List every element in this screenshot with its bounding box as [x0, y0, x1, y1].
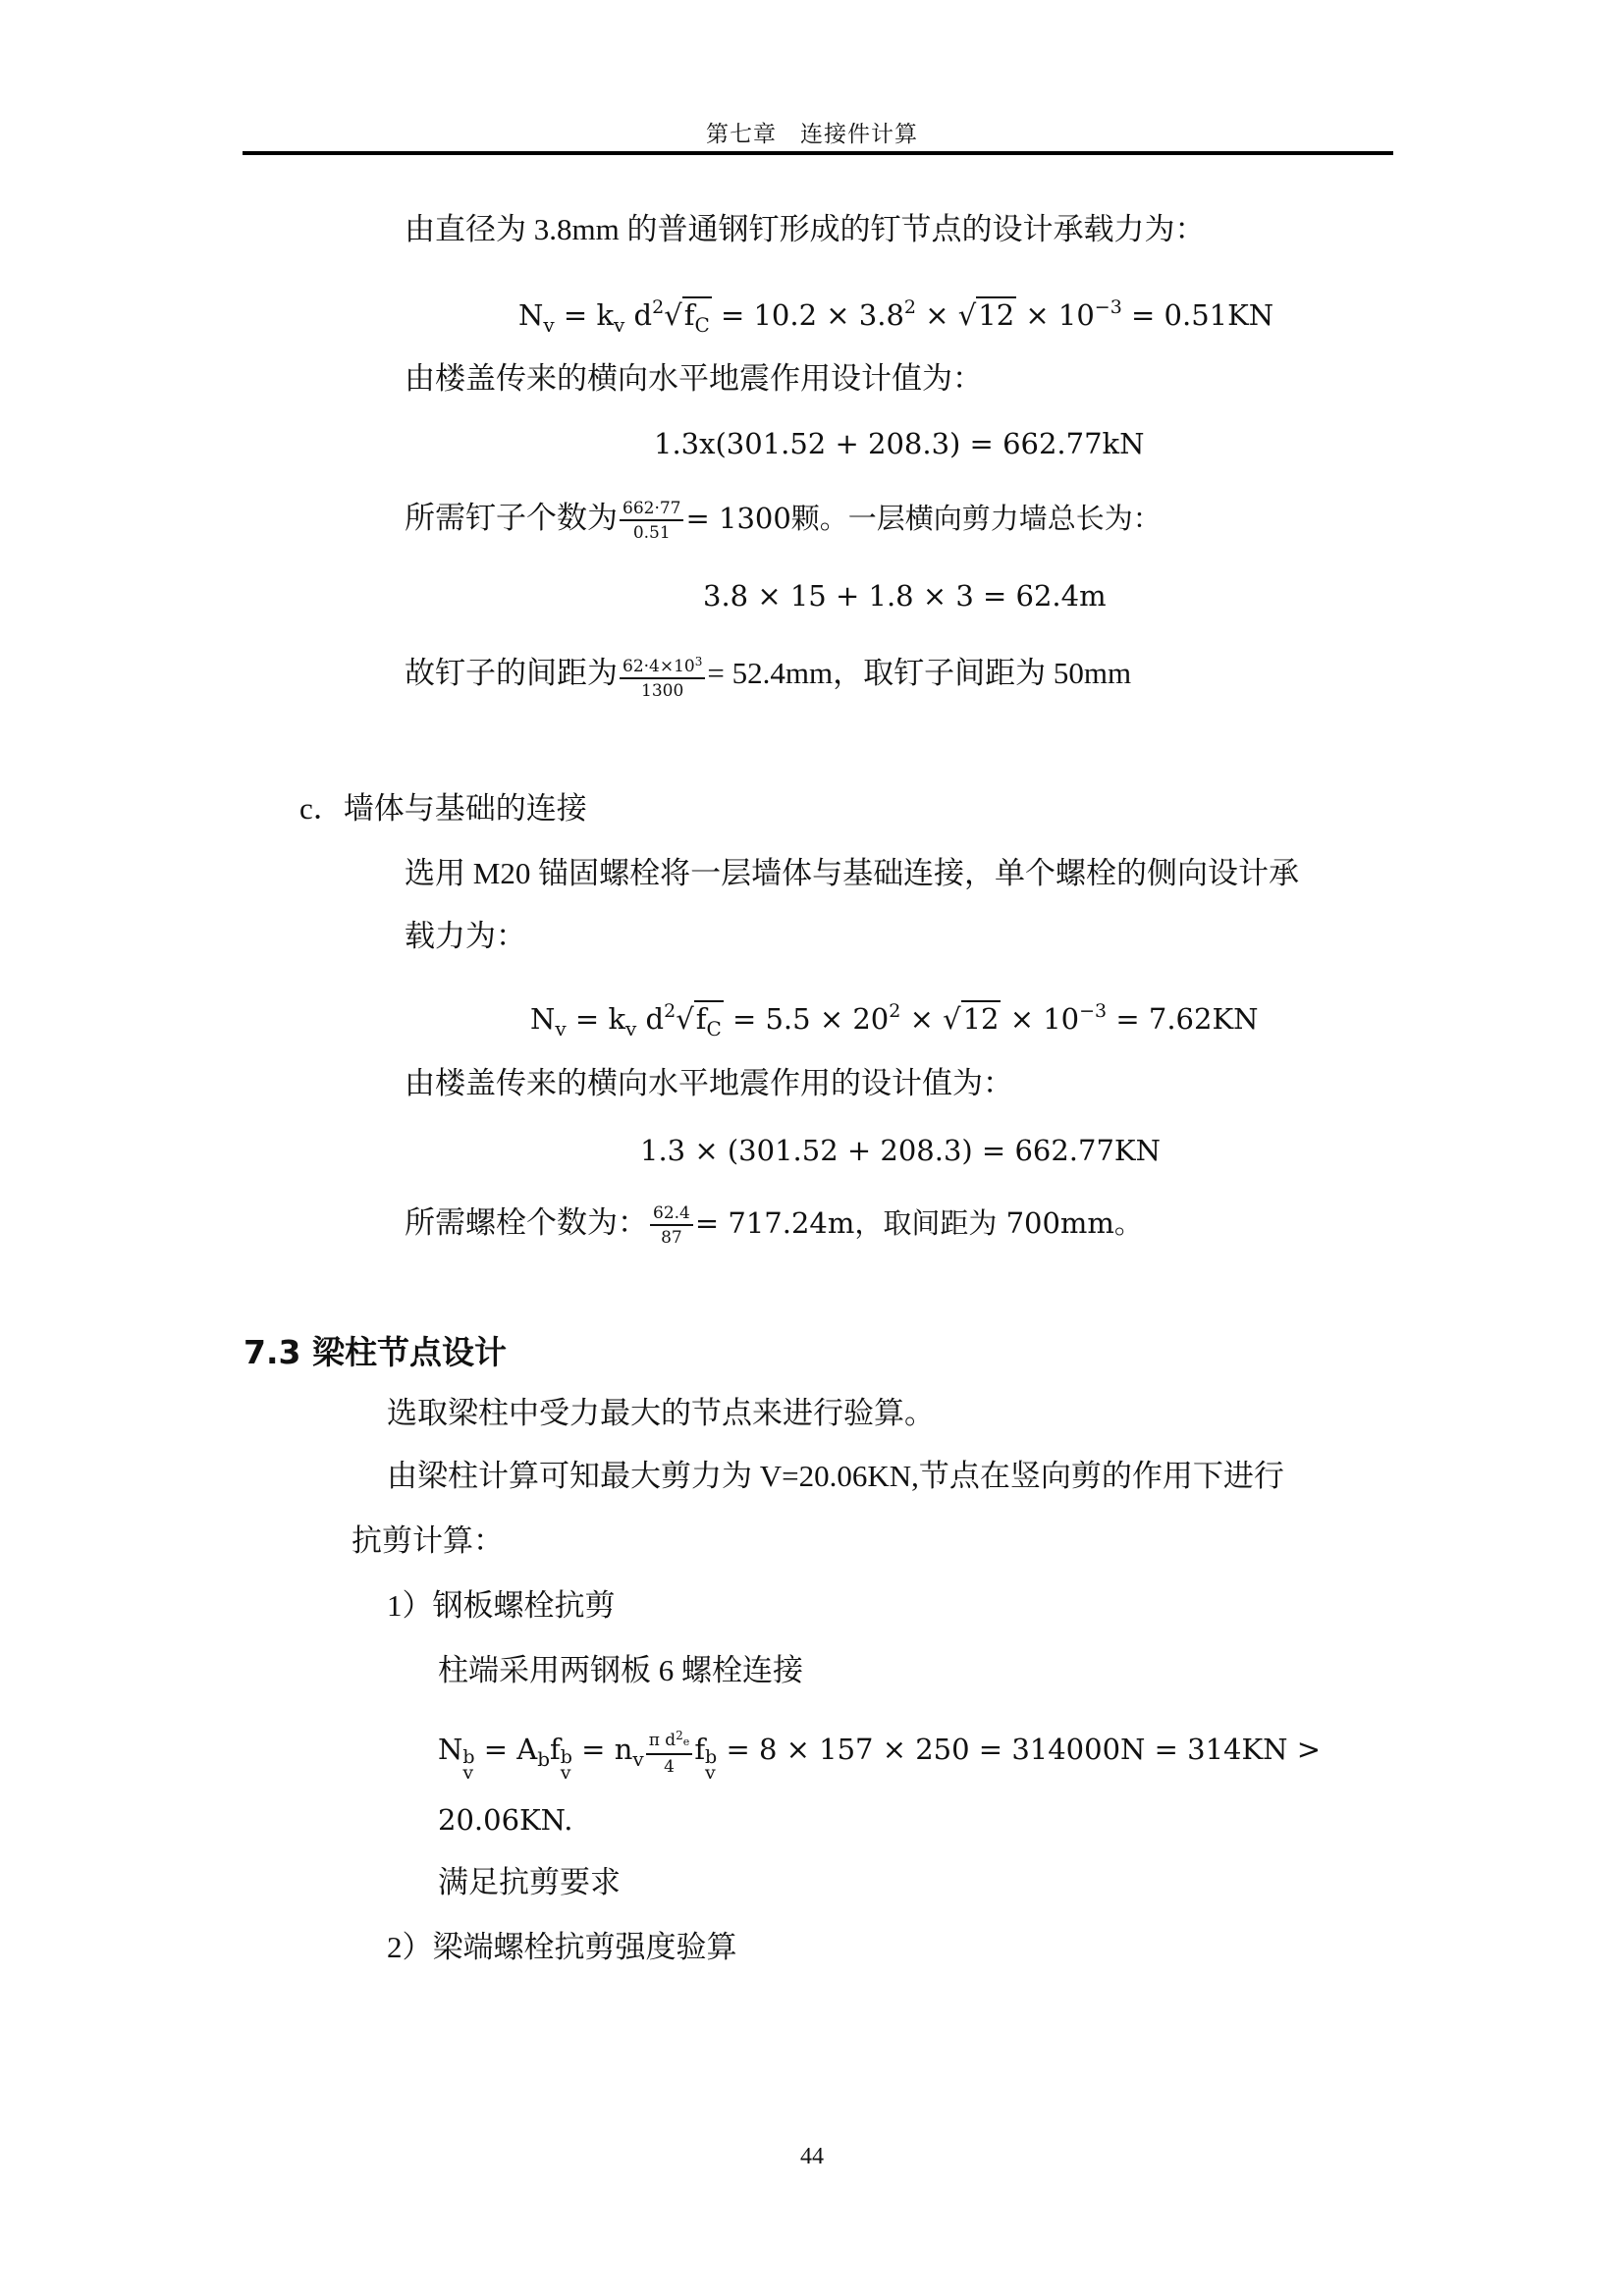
header-rule [243, 151, 1393, 155]
item-1-formula: Nbv = Abfbv = nvπ d2e4fbv = 8 × 157 × 25… [438, 1726, 1321, 1781]
section-heading: 7.3 梁柱节点设计 [244, 1331, 507, 1374]
nail-seismic-formula: 1.3x(301.52 + 208.3) = 662.77kN [654, 424, 1145, 463]
nail-count-line: 所需钉子个数为662·770.51= 1300颗。一层横向剪力墙总长为： [405, 499, 1162, 543]
nail-seismic-intro: 由楼盖传来的横向水平地震作用设计值为： [405, 359, 983, 399]
nail-spacing-fraction: 62·4×1031300 [620, 652, 705, 701]
wall-length-formula: 3.8 × 15 + 1.8 × 3 = 62.4m [703, 576, 1107, 615]
item-1-formula-continued: 20.06KN. [438, 1800, 572, 1840]
bolt-count-line: 所需螺栓个数为：62.487= 717.24m，取间距为 700mm。 [405, 1203, 1143, 1248]
section-paragraph-1: 选取梁柱中受力最大的节点来进行验算。 [387, 1394, 935, 1433]
item-1-fraction: π d2e4 [646, 1726, 693, 1777]
nail-count-fraction: 662·770.51 [620, 499, 683, 543]
bolt-count-fraction: 62.487 [650, 1203, 693, 1248]
page-number: 44 [0, 2144, 1624, 2170]
wall-seismic-intro: 由楼盖传来的横向水平地震作用的设计值为： [405, 1064, 1013, 1103]
nail-spacing-line: 故钉子的间距为62·4×1031300= 52.4mm，取钉子间距为 50mm [405, 652, 1131, 701]
nail-formula: Nv = kv d2√fC = 10.2 × 3.82 × √12 × 10−3… [518, 288, 1273, 345]
item-1-conclusion: 满足抗剪要求 [438, 1863, 621, 1902]
nail-intro: 由直径为 3.8mm 的普通钢钉形成的钉节点的设计承载力为： [405, 210, 1205, 249]
wall-line-1: 选用 M20 锚固螺栓将一层墙体与基础连接，单个螺栓的侧向设计承 [405, 854, 1299, 893]
section-paragraph-2-line-1: 由梁柱计算可知最大剪力为 V=20.06KN,节点在竖向剪的作用下进行 [387, 1457, 1284, 1496]
wall-line-2: 载力为： [405, 917, 526, 956]
item-1-title: 1）钢板螺栓抗剪 [387, 1586, 616, 1626]
item-2-title: 2）梁端螺栓抗剪强度验算 [387, 1928, 737, 1967]
wall-seismic-formula: 1.3 × (301.52 + 208.3) = 662.77KN [640, 1131, 1161, 1170]
running-header: 第七章 连接件计算 [0, 116, 1624, 148]
bolt-formula: Nv = kv d2√fC = 5.5 × 202 × √12 × 10−3 =… [530, 991, 1259, 1048]
section-paragraph-2-line-2: 抗剪计算： [352, 1522, 504, 1561]
item-1-description: 柱端采用两钢板 6 螺栓连接 [438, 1651, 803, 1690]
wall-section-title: c．墙体与基础的连接 [299, 789, 587, 828]
